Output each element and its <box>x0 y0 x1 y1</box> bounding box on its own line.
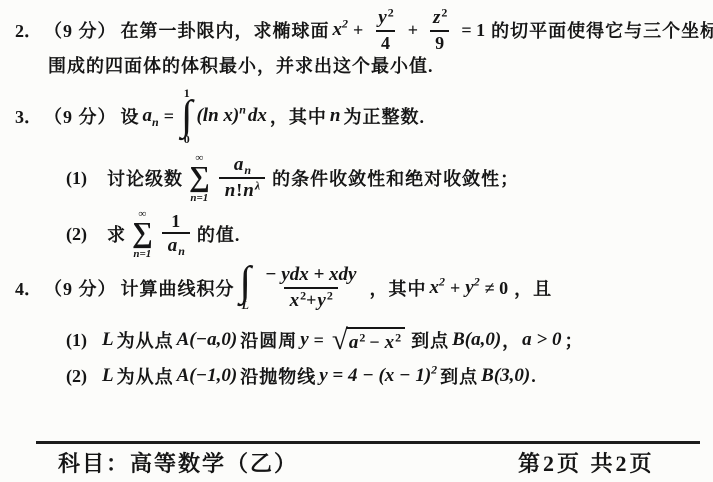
x-base: x <box>290 290 300 311</box>
y-base: y <box>465 277 473 298</box>
sum-lower-limit: n=1 <box>190 192 208 204</box>
radicand: a2−x2 <box>346 327 405 354</box>
point-A: A(−1,0) <box>177 365 238 387</box>
point-A: A(−a,0) <box>177 329 238 351</box>
x-exponent: 2 <box>439 275 445 289</box>
fraction-1-over-an: 1 an <box>162 211 190 258</box>
part-1-tail-text: 的条件收敛性和绝对收敛性； <box>272 165 519 191</box>
curve-L: L <box>102 365 114 387</box>
part-2-tail-text: 的值. <box>197 221 241 247</box>
part-2-label: (2) <box>66 366 87 387</box>
not-equal-zero: ≠ 0 <box>485 278 508 299</box>
y-base: y <box>317 290 325 311</box>
integral-over-L: ∫ L <box>240 265 252 311</box>
problem-2-line-2: 围成的四面体的体积最小，并求出这个最小值. <box>46 52 436 78</box>
part-2-text-from-point: 为从点 <box>117 363 174 389</box>
fraction-numerator: y2 <box>372 7 398 30</box>
curve-L: L <box>102 329 114 351</box>
problem-4-mid-text: ，其中 <box>369 275 426 301</box>
integral-0-to-1: 1 ∫ 0 <box>181 87 193 145</box>
problem-4-tail-text: ，且 <box>514 275 552 301</box>
n-base: n <box>225 180 236 201</box>
semicolon: ； <box>565 327 584 353</box>
comma: ， <box>502 327 521 353</box>
problem-3-lead-text: 设 <box>121 103 140 129</box>
a-base: a <box>349 332 359 353</box>
fraction-line-integral: − ydx + xdy x2+y2 <box>259 264 362 312</box>
summation-n-1-to-inf: ∞ ∑ n=1 <box>189 152 210 204</box>
problem-3-tail-text: 为正整数. <box>343 103 425 129</box>
integral-lower-limit: 0 <box>184 133 190 145</box>
part-2-label: (2) <box>66 224 87 245</box>
fraction-y2-over-4: y2 4 <box>372 7 398 54</box>
part-2-text-along-parabola: 沿抛物线 <box>240 363 316 389</box>
n-base: n <box>243 180 254 201</box>
part-1-text-from-point: 为从点 <box>117 327 174 353</box>
period: . <box>531 366 537 387</box>
part-1-text-along-circle: 沿圆周 <box>240 327 297 353</box>
problem-4-number: 4． <box>15 275 42 301</box>
a-subscript: n <box>152 115 159 129</box>
part-1-label: (1) <box>66 330 87 351</box>
part-2-text-to-point: 到点 <box>440 363 478 389</box>
plus-operator: + <box>450 278 460 299</box>
footer-divider-line <box>36 441 700 444</box>
fraction-numerator: an <box>228 154 256 177</box>
problem-4-line: 4． （9 分） 计算曲线积分 ∫ L − ydx + xdy x2+y2 ，其… <box>15 256 554 320</box>
sum-sign: ∑ <box>132 220 153 248</box>
a-base: a <box>168 235 178 256</box>
summation-n-1-to-inf: ∞ ∑ n=1 <box>132 208 153 260</box>
equals-operator: = <box>164 106 174 127</box>
x-exponent: 2 <box>342 17 348 31</box>
integral-sign: ∫ <box>181 99 193 133</box>
condition-x-squared: x2 <box>429 277 445 299</box>
plus-operator: + <box>353 20 363 41</box>
x-base: x <box>385 332 395 353</box>
x-exponent: 2 <box>395 330 401 344</box>
problem-3-mid-text: ，其中 <box>270 103 327 129</box>
equals-one: = 1 <box>461 20 485 41</box>
expression-exponent: 2 <box>431 363 437 377</box>
parabola-expression: y = 4 − (x − 1)2 <box>319 365 437 387</box>
plus-operator: + <box>408 20 418 41</box>
point-B: B(3,0) <box>481 365 530 387</box>
problem-2-tail-text: 的切平面使得它与三个坐标面所 <box>491 17 713 43</box>
plus-operator: + <box>306 290 316 310</box>
integrand-exponent: n <box>239 103 246 117</box>
square-root-expression: √ a2−x2 <box>332 326 405 355</box>
z-base: z <box>433 7 440 28</box>
problem-3-part-1: (1) 讨论级数 ∞ ∑ n=1 an n!nλ 的条件收敛性和绝对收敛性； <box>66 148 521 208</box>
minus-operator: − <box>369 332 379 352</box>
footer-page-indicator: 第2页 共2页 <box>518 447 655 478</box>
a-base: a <box>143 105 153 126</box>
point-B: B(a,0) <box>452 329 501 351</box>
fraction-denominator: n!nλ <box>219 177 265 202</box>
sequence-a-n: an <box>143 105 159 127</box>
problem-4-lead-text: 计算曲线积分 <box>121 275 235 301</box>
problem-2-score: （9 分） <box>44 17 117 43</box>
part-1-text-to-point: 到点 <box>411 327 449 353</box>
lambda-exponent: λ <box>255 179 260 193</box>
fraction-numerator: 1 <box>166 211 185 233</box>
x-base: x <box>429 277 439 298</box>
problem-4-part-2: (2) L 为从点 A(−1,0) 沿抛物线 y = 4 − (x − 1)2 … <box>66 357 537 395</box>
y-base: y <box>378 7 386 28</box>
problem-4-part-1: (1) L 为从点 A(−a,0) 沿圆周 y = √ a2−x2 到点 B(a… <box>66 320 586 360</box>
variable-n: n <box>330 105 341 127</box>
y-exponent: 2 <box>327 289 333 303</box>
part-2-lead-text: 求 <box>107 221 126 247</box>
footer-subject-label: 科目：高等数学（乙） <box>58 447 298 478</box>
fraction-z2-over-9: z2 9 <box>427 7 452 54</box>
integrand-base: (ln x) <box>196 105 239 126</box>
differential-dx: dx <box>248 105 267 127</box>
y-exponent: 2 <box>388 5 394 19</box>
a-base: a <box>234 154 244 175</box>
fraction-numerator: − ydx + xdy <box>260 264 361 287</box>
fraction-denominator: x2+y2 <box>284 287 338 312</box>
expression-base: y = 4 − (x − 1) <box>319 365 431 386</box>
y-exponent: 2 <box>474 275 480 289</box>
problem-2-line-1: 2． （9 分） 在第一卦限内，求椭球面 x2 + y2 4 + z2 9 = … <box>15 2 713 58</box>
condition-a-positive: a > 0 <box>522 329 561 351</box>
problem-3-score: （9 分） <box>44 103 117 129</box>
problem-2-number: 2． <box>15 17 42 43</box>
math-x-squared: x2 <box>333 19 349 41</box>
problem-2-continuation-text: 围成的四面体的体积最小，并求出这个最小值. <box>48 52 434 78</box>
problem-3-part-2: (2) 求 ∞ ∑ n=1 1 an 的值. <box>66 206 242 262</box>
factorial-sign: ! <box>236 180 242 200</box>
z-exponent: 2 <box>441 5 447 19</box>
a-subscript: n <box>244 163 251 177</box>
problem-4-score: （9 分） <box>44 275 117 301</box>
problem-3-number: 3． <box>15 103 42 129</box>
x-base: x <box>333 19 343 40</box>
problem-2-lead-text: 在第一卦限内，求椭球面 <box>121 17 330 43</box>
y-variable: y <box>300 329 308 351</box>
fraction-denominator: 4 <box>376 30 395 54</box>
fraction-denominator: an <box>162 232 190 257</box>
fraction-denominator: 9 <box>430 30 449 54</box>
integral-sign: ∫ <box>240 265 252 299</box>
sum-sign: ∑ <box>189 164 210 192</box>
fraction-an-over-n-factorial: an n!nλ <box>219 154 265 202</box>
condition-y-squared: y2 <box>465 277 479 299</box>
problem-3-line: 3． （9 分） 设 an = 1 ∫ 0 (ln x)n dx ，其中 n 为… <box>15 82 427 150</box>
part-1-label: (1) <box>66 168 87 189</box>
a-exponent: 2 <box>359 330 365 344</box>
fraction-numerator: z2 <box>427 7 452 30</box>
integral-lower-limit: L <box>242 299 249 311</box>
equals-operator: = <box>314 330 324 351</box>
integrand-ln-x-power-n: (ln x)n <box>196 105 245 127</box>
part-1-lead-text: 讨论级数 <box>107 165 183 191</box>
